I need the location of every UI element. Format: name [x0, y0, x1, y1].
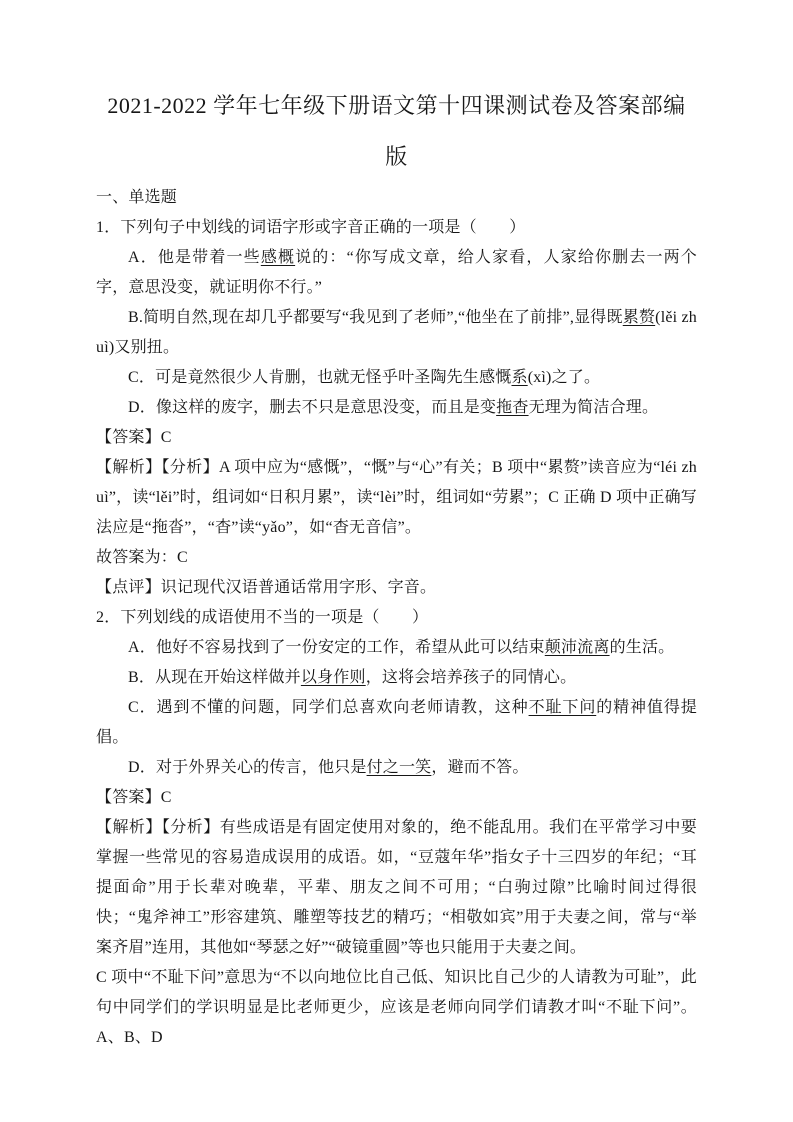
- underlined-term: 拖杳: [496, 399, 528, 416]
- text-run: A．他好不容易找到了一份安定的工作，希望从此可以结束: [128, 639, 545, 656]
- text-run: B．从现在开始这样做并: [128, 669, 301, 686]
- question-1-comment: 【点评】识记现代汉语普通话常用字形、字音。: [96, 573, 697, 603]
- text-run: 一、单选题: [96, 189, 177, 206]
- underlined-term: 颠沛流离: [545, 639, 610, 656]
- document-title: 2021-2022 学年七年级下册语文第十四课测试卷及答案部编 版: [96, 80, 697, 182]
- text-run: 2．下列划线的成语使用不当的一项是（ ）: [96, 609, 428, 626]
- question-1-conclusion: 故答案为：C: [96, 543, 697, 573]
- text-run: C．遇到不懂的问题，同学们总喜欢向老师请教，这种: [128, 699, 529, 716]
- document-body: 一、单选题1．下列句子中划线的词语字形或字音正确的一项是（ ）A．他是带着一些感…: [96, 183, 697, 1053]
- text-run: A．他是带着一些: [128, 249, 261, 266]
- underlined-term: 不耻下问: [529, 699, 597, 716]
- question-1-option-c: C．可是竟然很少人肯删，也就无怪乎叶圣陶先生感慨系(xì)之了。: [96, 363, 697, 393]
- text-run: 【答案】C: [96, 429, 172, 446]
- question-1-analysis: 【解析】【分析】A 项中应为“感慨”，“慨”与“心”有关；B 项中“累赘”读音应…: [96, 453, 697, 543]
- document-page: 2021-2022 学年七年级下册语文第十四课测试卷及答案部编 版 一、单选题1…: [0, 0, 793, 1122]
- underlined-term: 累赘: [623, 309, 655, 326]
- text-run: D．对于外界关心的传言，他只是: [128, 759, 367, 776]
- question-2-answer: 【答案】C: [96, 783, 697, 813]
- text-run: C 项中“不耻下问”意思为“不以向地位比自己低、知识比自己少的人请教为可耻”，此…: [96, 969, 697, 1046]
- question-2-option-b: B．从现在开始这样做并以身作则，这将会培养孩子的同情心。: [96, 663, 697, 693]
- question-2-option-c: C．遇到不懂的问题，同学们总喜欢向老师请教，这种不耻下问的精神值得提倡。: [96, 693, 697, 753]
- text-run: 【点评】识记现代汉语普通话常用字形、字音。: [96, 579, 436, 596]
- question-1-option-d: D．像这样的废字，删去不只是意思没变，而且是变拖杳无理为简洁合理。: [96, 393, 697, 423]
- text-run: D．像这样的废字，删去不只是意思没变，而且是变: [128, 399, 496, 416]
- text-run: C．可是竟然很少人肯删，也就无怪乎叶圣陶先生感慨: [128, 369, 511, 386]
- question-2-analysis-continued: C 项中“不耻下问”意思为“不以向地位比自己低、知识比自己少的人请教为可耻”，此…: [96, 963, 697, 1053]
- text-run: 【解析】【分析】A 项中应为“感慨”，“慨”与“心”有关；B 项中“累赘”读音应…: [96, 459, 697, 536]
- question-1-option-b: B.简明自然,现在却几乎都要写“我见到了老师”,“他坐在了前排”,显得既累赘(l…: [96, 303, 697, 363]
- underlined-term: 系: [511, 369, 527, 386]
- text-run: 1．下列句子中划线的词语字形或字音正确的一项是（ ）: [96, 219, 525, 236]
- underlined-term: 感概: [261, 249, 295, 266]
- text-run: ，这将会培养孩子的同情心。: [366, 669, 577, 686]
- title-line-1: 2021-2022 学年七年级下册语文第十四课测试卷及答案部编: [96, 80, 697, 131]
- text-run: B.简明自然,现在却几乎都要写“我见到了老师”,“他坐在了前排”,显得既: [128, 309, 623, 326]
- text-run: 故答案为：C: [96, 549, 188, 566]
- question-2-option-a: A．他好不容易找到了一份安定的工作，希望从此可以结束颠沛流离的生活。: [96, 633, 697, 663]
- underlined-term: 以身作则: [301, 669, 366, 686]
- question-2-option-d: D．对于外界关心的传言，他只是付之一笑，避而不答。: [96, 753, 697, 783]
- question-2-stem: 2．下列划线的成语使用不当的一项是（ ）: [96, 603, 697, 633]
- question-1-option-a: A．他是带着一些感概说的：“你写成文章，给人家看，人家给你删去一两个字，意思没变…: [96, 243, 697, 303]
- underlined-term: 付之一笑: [367, 759, 432, 776]
- question-2-analysis: 【解析】【分析】有些成语是有固定使用对象的，绝不能乱用。我们在平常学习中要掌握一…: [96, 813, 697, 963]
- text-run: 【解析】【分析】有些成语是有固定使用对象的，绝不能乱用。我们在平常学习中要掌握一…: [96, 819, 697, 956]
- text-run: 无理为简洁合理。: [529, 399, 659, 416]
- text-run: ，避而不答。: [431, 759, 528, 776]
- section-heading-1: 一、单选题: [96, 183, 697, 213]
- question-1-stem: 1．下列句子中划线的词语字形或字音正确的一项是（ ）: [96, 213, 697, 243]
- text-run: 的生活。: [610, 639, 675, 656]
- title-line-2: 版: [96, 131, 697, 182]
- text-run: (xì)之了。: [528, 369, 601, 386]
- text-run: 【答案】C: [96, 789, 172, 806]
- question-1-answer: 【答案】C: [96, 423, 697, 453]
